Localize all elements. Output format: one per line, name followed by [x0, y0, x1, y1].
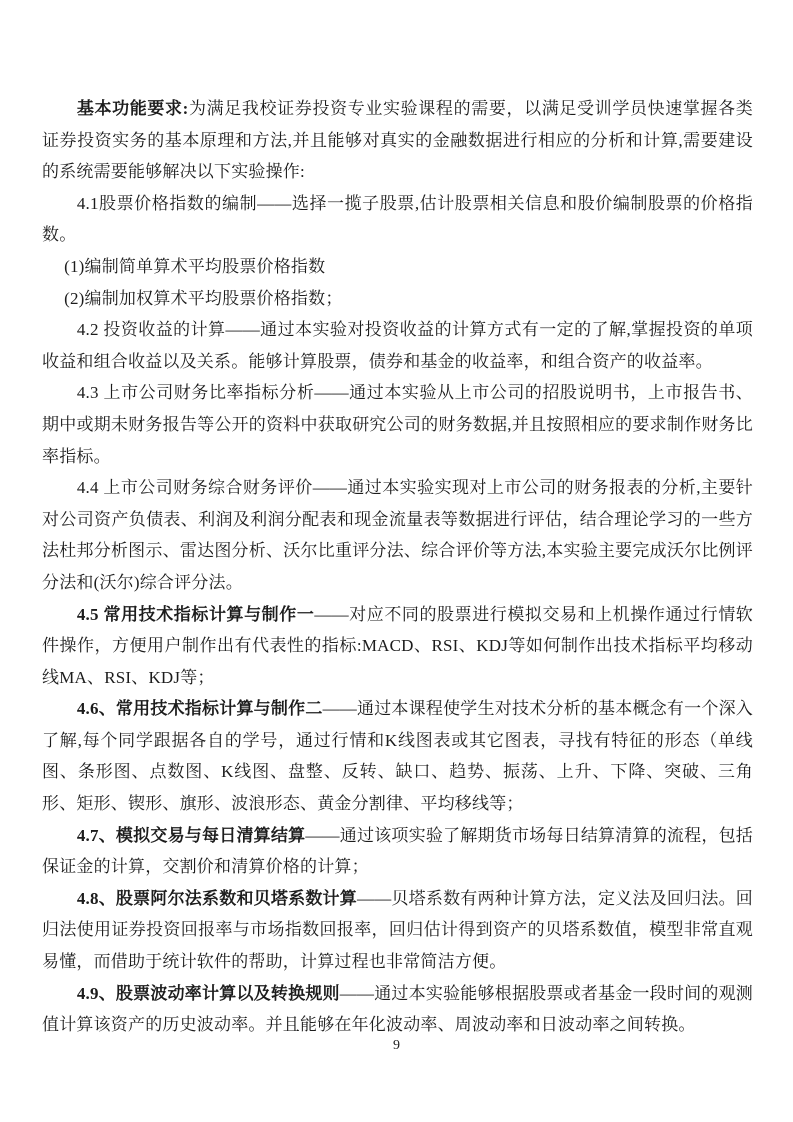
text-run: 4.4 上市公司财务综合财务评价——通过本实验实现对上市公司的财务报表的分析,主… [42, 478, 753, 592]
document-page: 基本功能要求:为满足我校证券投资专业实验课程的需要，以满足受训学员快速掌握各类证… [0, 0, 793, 1122]
paragraph: 4.6、常用技术指标计算与制作二——通过本课程使学生对技术分析的基本概念有一个深… [42, 693, 753, 819]
paragraph-heading-run: 4.7、模拟交易与每日清算结算 [77, 826, 306, 845]
paragraph: 4.9、股票波动率计算以及转换规则——通过本实验能够根据股票或者基金一段时间的观… [42, 978, 753, 1041]
paragraph-heading-run: 4.9、股票波动率计算以及转换规则 [77, 984, 340, 1003]
text-run: (1)编制简单算术平均股票价格指数 [64, 257, 325, 276]
paragraph-heading-run: 4.5 常用技术指标计算与制作一 [77, 605, 315, 624]
text-run: 4.2 投资收益的计算——通过本实验对投资收益的计算方式有一定的了解,掌握投资的… [42, 320, 753, 371]
paragraph-heading-run: 4.6、常用技术指标计算与制作二 [77, 699, 323, 718]
paragraph: 4.7、模拟交易与每日清算结算——通过该项实验了解期货市场每日结算清算的流程，包… [42, 820, 753, 883]
paragraph: 4.2 投资收益的计算——通过本实验对投资收益的计算方式有一定的了解,掌握投资的… [42, 314, 753, 377]
document-body: 基本功能要求:为满足我校证券投资专业实验课程的需要，以满足受训学员快速掌握各类证… [42, 93, 753, 1041]
paragraph-heading-run: 基本功能要求: [77, 99, 189, 118]
paragraph: 4.5 常用技术指标计算与制作一——对应不同的股票进行模拟交易和上机操作通过行情… [42, 599, 753, 694]
paragraph-heading-run: 4.8、股票阿尔法系数和贝塔系数计算 [77, 889, 357, 908]
paragraph: 4.8、股票阿尔法系数和贝塔系数计算——贝塔系数有两种计算方法，定义法及回归法。… [42, 883, 753, 978]
text-run: (2)编制加权算术平均股票价格指数； [64, 289, 342, 308]
paragraph: (2)编制加权算术平均股票价格指数； [42, 283, 753, 315]
text-run: 4.3 上市公司财务比率指标分析——通过本实验从上市公司的招股说明书，上市报告书… [42, 383, 753, 465]
page-number: 9 [0, 1038, 793, 1054]
text-run: 4.1股票价格指数的编制——选择一揽子股票,估计股票相关信息和股价编制股票的价格… [42, 194, 753, 245]
paragraph: 基本功能要求:为满足我校证券投资专业实验课程的需要，以满足受训学员快速掌握各类证… [42, 93, 753, 188]
paragraph: 4.1股票价格指数的编制——选择一揽子股票,估计股票相关信息和股价编制股票的价格… [42, 188, 753, 251]
paragraph: 4.4 上市公司财务综合财务评价——通过本实验实现对上市公司的财务报表的分析,主… [42, 472, 753, 598]
paragraph: 4.3 上市公司财务比率指标分析——通过本实验从上市公司的招股说明书，上市报告书… [42, 377, 753, 472]
paragraph: (1)编制简单算术平均股票价格指数 [42, 251, 753, 283]
